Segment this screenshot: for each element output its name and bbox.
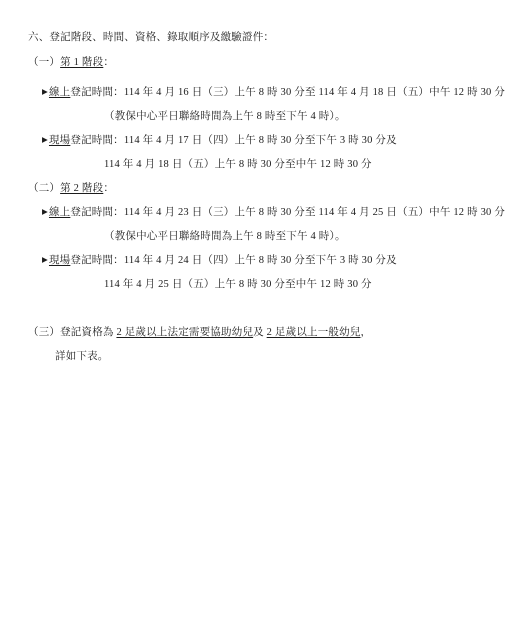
section1-onsite-text: 登記時間：114 年 4 月 17 日（四）上午 8 時 30 分至下午 3 時…	[70, 135, 396, 146]
heading-text: 六、登記階段、時間、資格、錄取順序及繳驗證件：	[28, 32, 274, 43]
section2-colon: ：	[103, 183, 114, 194]
document-heading: 六、登記階段、時間、資格、錄取順序及繳驗證件：	[28, 30, 274, 46]
section1-online-keyword: 線上	[49, 87, 70, 98]
section3-suffix: ，	[361, 327, 372, 338]
document-page: 六、登記階段、時間、資格、錄取順序及繳驗證件： （一）第 1 階段： ▶線上登記…	[0, 0, 531, 618]
triangle-bullet-icon: ▶	[42, 252, 48, 268]
section1-online-note: （教保中心平日聯絡時間為上午 8 時至下午 4 時）。	[104, 109, 346, 125]
section3-closing-line: 詳如下表。	[55, 349, 109, 365]
section2-title: （二）第 2 階段：	[28, 181, 114, 197]
section2-online-line: ▶線上登記時間：114 年 4 月 23 日（三）上午 8 時 30 分至 11…	[42, 205, 505, 221]
section2-onsite-keyword: 現場	[49, 255, 70, 266]
section3-qualification2: 2 足歲以上一般幼兒	[267, 327, 361, 338]
section2-label: （二）	[28, 183, 60, 194]
triangle-bullet-icon: ▶	[42, 132, 48, 148]
section3-prefix: 登記資格為	[60, 327, 116, 338]
section2-onsite-line: ▶現場登記時間：114 年 4 月 24 日（四）上午 8 時 30 分至下午 …	[42, 253, 397, 269]
section1-title-text: 第 1 階段	[60, 57, 103, 68]
section2-continuation-text: 114 年 4 月 25 日（五）上午 8 時 30 分至中午 12 時 30 …	[104, 279, 372, 290]
section1-onsite-continuation: 114 年 4 月 18 日（五）上午 8 時 30 分至中午 12 時 30 …	[104, 157, 372, 173]
triangle-bullet-icon: ▶	[42, 84, 48, 100]
section2-online-keyword: 線上	[49, 207, 70, 218]
section2-online-note: （教保中心平日聯絡時間為上午 8 時至下午 4 時）。	[104, 229, 346, 245]
section3-conjunction: 及	[253, 327, 267, 338]
section1-title: （一）第 1 階段：	[28, 55, 114, 71]
section1-continuation-text: 114 年 4 月 18 日（五）上午 8 時 30 分至中午 12 時 30 …	[104, 159, 372, 170]
triangle-bullet-icon: ▶	[42, 204, 48, 220]
section3-label: （三）	[28, 327, 60, 338]
section1-onsite-keyword: 現場	[49, 135, 70, 146]
section1-onsite-line: ▶現場登記時間：114 年 4 月 17 日（四）上午 8 時 30 分至下午 …	[42, 133, 397, 149]
section1-colon: ：	[103, 57, 114, 68]
section1-online-line: ▶線上登記時間：114 年 4 月 16 日（三）上午 8 時 30 分至 11…	[42, 85, 505, 101]
section1-label: （一）	[28, 57, 60, 68]
section2-onsite-text: 登記時間：114 年 4 月 24 日（四）上午 8 時 30 分至下午 3 時…	[70, 255, 396, 266]
section2-online-text: 登記時間：114 年 4 月 23 日（三）上午 8 時 30 分至 114 年…	[70, 207, 505, 218]
section2-title-text: 第 2 階段	[60, 183, 103, 194]
section2-onsite-continuation: 114 年 4 月 25 日（五）上午 8 時 30 分至中午 12 時 30 …	[104, 277, 372, 293]
section2-note-text: （教保中心平日聯絡時間為上午 8 時至下午 4 時）。	[104, 231, 346, 242]
section1-online-text: 登記時間：114 年 4 月 16 日（三）上午 8 時 30 分至 114 年…	[70, 87, 505, 98]
section1-note-text: （教保中心平日聯絡時間為上午 8 時至下午 4 時）。	[104, 111, 346, 122]
section3-qualification1: 2 足歲以上法定需要協助幼兒	[116, 327, 253, 338]
section3-qualification-line: （三）登記資格為 2 足歲以上法定需要協助幼兒及 2 足歲以上一般幼兒，	[28, 325, 371, 341]
section3-closing-text: 詳如下表。	[55, 351, 109, 362]
